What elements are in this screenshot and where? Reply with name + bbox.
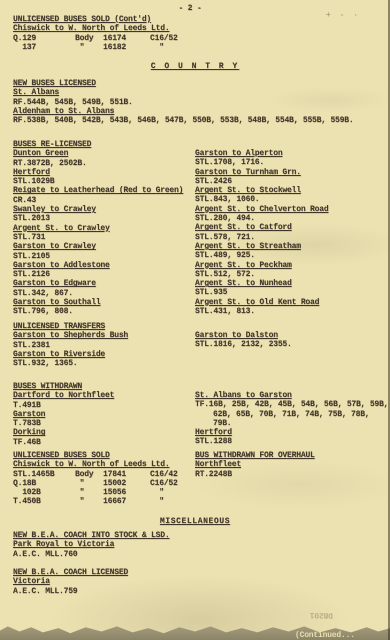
fleet-cell: Q.18B [13, 479, 75, 488]
code-cell: " [150, 497, 164, 506]
route-heading: St. Albans [13, 88, 353, 97]
section-title: UNLICENSED TRANSFERS [13, 322, 128, 331]
section-title: BUSES RE-LICENSED [13, 140, 195, 149]
fleet-numbers: TF.46B [13, 438, 114, 447]
route-heading: Northfleet [195, 460, 315, 469]
route-heading: Dartford to Northfleet [13, 391, 114, 400]
section-unlicensed-sold-contd: UNLICENSED BUSES SOLD (Cont'd) Chiswick … [13, 15, 178, 52]
section-relicensed-right: Garston to Alperton STL.1708, 1716. Gars… [195, 149, 387, 316]
sold-row: Q.18B "15002C16/52 [13, 479, 178, 488]
fleet-cell: Q.129 [13, 34, 75, 43]
section-title: BUS WITHDRAWN FOR OVERHAUL [195, 451, 315, 460]
section-unlicensed-sold: UNLICENSED BUSES SOLD Chiswick to W. Nor… [13, 451, 178, 507]
route-heading: Garston to Addlestone [13, 261, 195, 270]
route-heading: Dorking [13, 428, 114, 437]
fleet-numbers: STL.796, 808. [13, 307, 195, 316]
pencil-mark: + - · [326, 11, 360, 20]
fleet-numbers: RT.3872B, 2502B. [13, 159, 195, 168]
continued-note: (Continued... [295, 631, 355, 640]
route-heading: Victoria [13, 577, 128, 586]
fleet-numbers: CR.43 [13, 196, 195, 205]
route-heading: Argent St. to Peckham [195, 261, 387, 270]
section-title: UNLICENSED BUSES SOLD (Cont'd) [13, 15, 178, 24]
section-title: NEW BUSES LICENSED [13, 79, 353, 88]
code-cell: " [150, 43, 164, 52]
section-withdrawn-left: BUSES WITHDRAWN Dartford to Northfleet T… [13, 382, 114, 447]
body-number-cell: 17841 [103, 470, 150, 479]
section-relicensed-left: BUSES RE-LICENSED Dunton Green RT.3872B,… [13, 140, 195, 317]
code-cell: " [150, 488, 164, 497]
route-heading: Park Royal to Victoria [13, 540, 169, 549]
fleet-numbers: STL.932, 1365. [13, 359, 128, 368]
fleet-numbers: 62B, 65B, 70B, 71B, 74B, 75B, 78B, 79B. [195, 410, 390, 429]
route-heading: Swanley to Crawley [13, 205, 195, 214]
section-misc-item-2: NEW B.E.A. COACH LICENSED Victoria A.E.C… [13, 568, 128, 596]
country-heading: C O U N T R Y [0, 62, 390, 71]
route-heading: Garston to Crawley [13, 242, 195, 251]
fleet-cell: 137 [13, 43, 75, 52]
fleet-numbers: STL.2381 [13, 341, 128, 350]
fleet-numbers: STL.578, 721. [195, 233, 387, 242]
route-heading: Garston to Alperton [195, 149, 387, 158]
sold-row: 102B "15056 " [13, 488, 178, 497]
route-heading: Garston [13, 410, 114, 419]
fleet-numbers: STL.2013 [13, 214, 195, 223]
fleet-numbers: STL.2105 [13, 252, 195, 261]
fleet-numbers: STL.342, 867. [13, 289, 195, 298]
fleet-numbers: STL.1816, 2132, 2355. [195, 340, 292, 349]
fleet-numbers: RT.2248B [195, 470, 315, 479]
code-cell: C16/52 [150, 34, 178, 43]
fleet-numbers: STL.1708, 1716. [195, 158, 387, 167]
fleet-numbers: STL.2426 [195, 177, 387, 186]
body-number-cell: 16174 [103, 34, 150, 43]
page-number: - 2 - [0, 4, 380, 13]
fleet-numbers: A.E.C. MLL.759 [13, 587, 128, 596]
fleet-cell: STL.1465B [13, 470, 75, 479]
section-title: NEW B.E.A. COACH INTO STOCK & LSD. [13, 531, 169, 540]
route-heading: Garston to Turnham Grn. [195, 168, 387, 177]
route-heading: St. Albans to Garston [195, 391, 390, 400]
fleet-numbers: STL.431, 813. [195, 307, 387, 316]
section-new-buses-licensed: NEW BUSES LICENSED St. Albans RF.544B, 5… [13, 79, 353, 125]
fleet-numbers: A.E.C. MLL.760 [13, 550, 169, 559]
section-title: UNLICENSED BUSES SOLD [13, 451, 178, 460]
fleet-numbers: T.491B [13, 401, 114, 410]
route-heading: Argent St. to Catford [195, 223, 387, 232]
fleet-numbers: RF.544B, 545B, 549B, 551B. [13, 98, 353, 107]
route-heading: Argent St. to Chelverton Road [195, 205, 387, 214]
fleet-numbers: STL.280, 494. [195, 214, 387, 223]
body-label-cell: " [75, 479, 103, 488]
body-label-cell: " [75, 43, 103, 52]
fleet-numbers: RF.538B, 540B, 542B, 543B, 546B, 547B, 5… [13, 116, 353, 125]
body-number-cell: 15002 [103, 479, 150, 488]
route-heading: Garston to Shepherds Bush [13, 331, 128, 340]
sold-row: STL.1465BBody17841C16/42 [13, 470, 178, 479]
sold-row: 137 "16182 " [13, 43, 178, 52]
section-misc-item-1: NEW B.E.A. COACH INTO STOCK & LSD. Park … [13, 531, 169, 559]
fleet-numbers: STL.1029B [13, 177, 195, 186]
route-heading: Garston to Southall [13, 298, 195, 307]
fleet-numbers: STL.489, 925. [195, 251, 387, 260]
fleet-numbers: STL.512, 572. [195, 270, 387, 279]
route-heading: Garston to Edgware [13, 279, 195, 288]
miscellaneous-heading: MISCELLANEOUS [0, 517, 390, 526]
route-heading: Argent St. to Nunhead [195, 279, 387, 288]
fleet-cell: 102B [13, 488, 75, 497]
body-label-cell: Body [75, 470, 103, 479]
code-cell: C16/42 [150, 470, 178, 479]
fleet-numbers: STL.935 [195, 288, 387, 297]
stamp-showthrough: DB201 [310, 610, 333, 620]
route-heading: Chiswick to W. North of Leeds Ltd. [13, 460, 178, 469]
body-label-cell: " [75, 497, 103, 506]
sold-row: T.450B "16667 " [13, 497, 178, 506]
section-transfers-right: Garston to Dalston STL.1816, 2132, 2355. [195, 331, 292, 350]
section-title: NEW B.E.A. COACH LICENSED [13, 568, 128, 577]
sold-row: Q.129Body16174C16/52 [13, 34, 178, 43]
route-heading: Argent St. to Crawley [13, 224, 195, 233]
route-heading: Argent St. to Old Kent Road [195, 298, 387, 307]
fleet-cell: T.450B [13, 497, 75, 506]
route-heading: Aldenham to St. Albans [13, 107, 353, 116]
body-number-cell: 16182 [103, 43, 150, 52]
body-number-cell: 16667 [103, 497, 150, 506]
fleet-numbers: TF.16B, 25B, 42B, 45B, 54B, 56B, 57B, 59… [195, 400, 390, 409]
code-cell: C16/52 [150, 479, 178, 488]
country-heading-text: C O U N T R Y [151, 62, 239, 71]
body-label-cell: " [75, 488, 103, 497]
section-overhaul: BUS WITHDRAWN FOR OVERHAUL Northfleet RT… [195, 451, 315, 479]
route-heading: Garston to Dalston [195, 331, 292, 340]
route-heading: Argent St. to Streatham [195, 242, 387, 251]
fleet-numbers: STL.843, 1060. [195, 195, 387, 204]
route-heading: Argent St. to Stockwell [195, 186, 387, 195]
route-heading: Reigate to Leatherhead (Red to Green) [13, 186, 195, 195]
section-title: BUSES WITHDRAWN [13, 382, 114, 391]
fleet-numbers: STL.2126 [13, 270, 195, 279]
route-heading: Hertford [195, 428, 390, 437]
section-withdrawn-right: St. Albans to Garston TF.16B, 25B, 42B, … [195, 391, 390, 447]
route-heading: Dunton Green [13, 149, 195, 158]
route-heading: Garston to Riverside [13, 350, 128, 359]
body-label-cell: Body [75, 34, 103, 43]
document-page: - 2 - + - · UNLICENSED BUSES SOLD (Cont'… [0, 0, 390, 640]
miscellaneous-heading-text: MISCELLANEOUS [160, 517, 230, 526]
fleet-numbers: STL.1288 [195, 437, 390, 446]
route-heading: Hertford [13, 168, 195, 177]
body-number-cell: 15056 [103, 488, 150, 497]
route-heading: Chiswick to W. North of Leeds Ltd. [13, 24, 178, 33]
fleet-numbers: STL.731 [13, 233, 195, 242]
fleet-numbers: T.783B [13, 419, 114, 428]
section-transfers-left: UNLICENSED TRANSFERS Garston to Shepherd… [13, 322, 128, 368]
